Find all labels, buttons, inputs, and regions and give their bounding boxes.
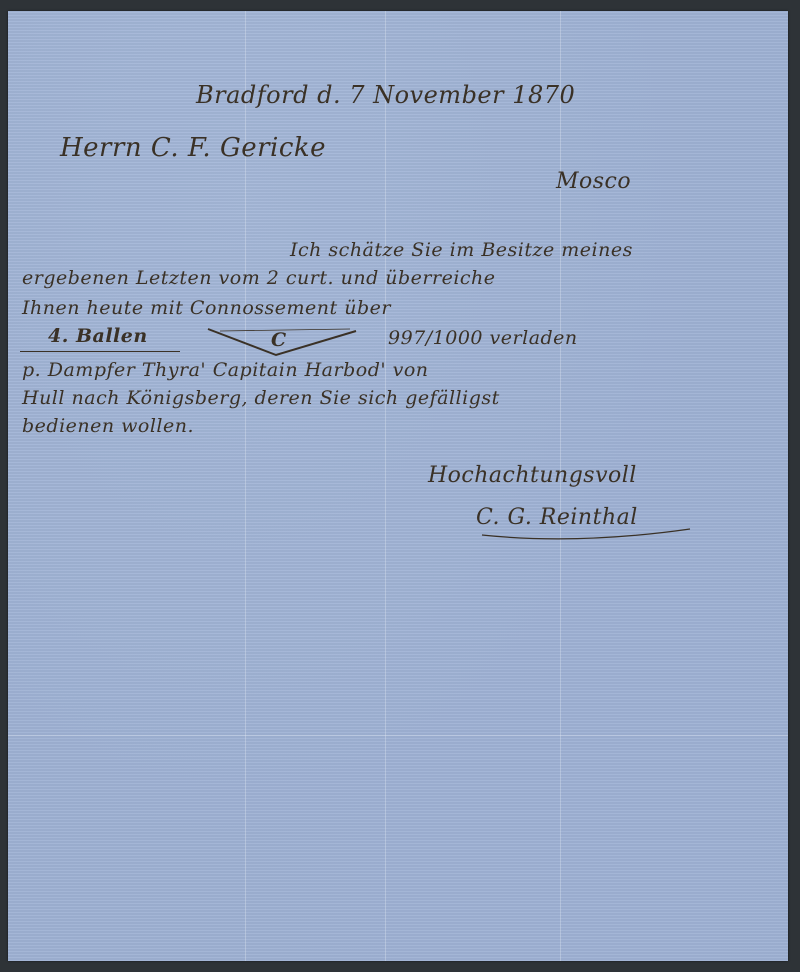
signature-flourish-icon — [478, 523, 698, 543]
recipient-location: Mosco — [556, 169, 631, 194]
closing: Hochachtungsvoll — [428, 463, 637, 488]
fold-line — [8, 735, 788, 736]
body-line-7: bedienen wollen. — [22, 415, 194, 437]
letter-paper: Bradford d. 7 November 1870 Herrn C. F. … — [8, 11, 788, 961]
body-line-6: Hull nach Königsberg, deren Sie sich gef… — [22, 387, 500, 409]
body-line-4: 997/1000 verladen — [388, 327, 578, 349]
body-line-3: Ihnen heute mit Connossement über — [22, 297, 391, 319]
body-line-5: p. Dampfer Thyra' Capitain Harbod' von — [22, 359, 429, 381]
salutation: Herrn C. F. Gericke — [60, 133, 326, 163]
merchant-mark-letter: C — [271, 329, 287, 351]
bales-underline — [20, 351, 180, 352]
dateline: Bradford d. 7 November 1870 — [196, 81, 575, 109]
bales-count: 4. Ballen — [48, 325, 148, 347]
fold-line — [385, 11, 386, 961]
body-line-1: Ich schätze Sie im Besitze meines — [290, 239, 633, 261]
body-line-2: ergebenen Letzten vom 2 curt. und überre… — [22, 267, 496, 289]
